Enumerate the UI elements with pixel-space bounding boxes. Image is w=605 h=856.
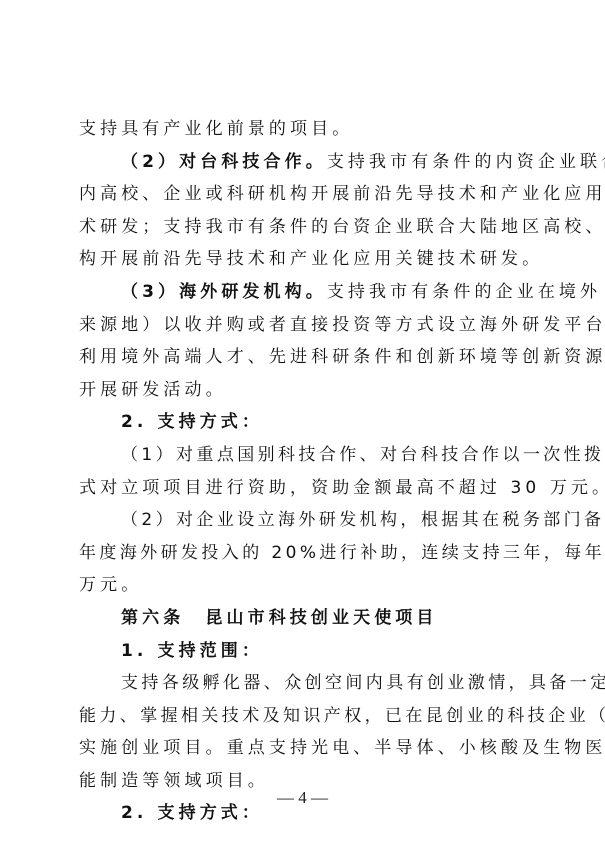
body-text: 支持我市有条件的内资企业联合台湾岛 [327, 152, 605, 172]
paragraph-line: 式对立项项目进行资助，资助金额最高不超过 30 万元。 [79, 472, 528, 505]
paragraph-line: 万元。 [79, 569, 528, 602]
body-text: 支持各级孵化器、众创空间内具有创业激情，具备一定研发 [121, 673, 605, 693]
body-text: 开展研发活动。 [79, 380, 227, 400]
body-text: （2）对企业设立海外研发机构，根据其在税务部门备案的上 [121, 510, 605, 530]
paragraph-line: （1）对重点国别科技合作、对台科技合作以一次性拨款的方 [79, 439, 528, 472]
paragraph-line: （2）对企业设立海外研发机构，根据其在税务部门备案的上 [79, 504, 528, 537]
body-text: 实施创业项目。重点支持光电、半导体、小核酸及生物医药、智 [79, 738, 605, 758]
paragraph-line: 利用境外高端人才、先进科研条件和创新环境等创新资源在当地 [79, 341, 528, 374]
body-text: 来源地）以收并购或者直接投资等方式设立海外研发平台，直接 [79, 315, 605, 335]
paragraph-line: （3）海外研发机构。支持我市有条件的企业在境外（非资本 [79, 276, 528, 309]
paragraph-line: 能力、掌握相关技术及知识产权，已在昆创业的科技企业（团队） [79, 700, 528, 733]
body-text: 能力、掌握相关技术及知识产权，已在昆创业的科技企业（团队） [79, 706, 605, 726]
body-text: 支持我市有条件的企业在境外（非资本 [327, 282, 605, 302]
paragraph-line: （2）对台科技合作。支持我市有条件的内资企业联合台湾岛 [79, 146, 528, 179]
paragraph-line: 开展研发活动。 [79, 374, 528, 407]
page-number: — 4 — [0, 788, 605, 808]
body-text: 术研发；支持我市有条件的台资企业联合大陆地区高校、科研机 [79, 217, 605, 237]
body-text: （1）对重点国别科技合作、对台科技合作以一次性拨款的方 [121, 445, 605, 465]
heading-text: 1. 支持范围： [121, 641, 263, 661]
body-text: 利用境外高端人才、先进科研条件和创新环境等创新资源在当地 [79, 347, 605, 367]
document-body: 支持具有产业化前景的项目。 （2）对台科技合作。支持我市有条件的内资企业联合台湾… [79, 113, 528, 830]
section-heading: 2. 支持方式： [79, 406, 528, 439]
paragraph-line: 实施创业项目。重点支持光电、半导体、小核酸及生物医药、智 [79, 732, 528, 765]
paragraph-line: 支持各级孵化器、众创空间内具有创业激情，具备一定研发 [79, 667, 528, 700]
heading-text: 2. 支持方式： [121, 412, 263, 432]
body-text: 构开展前沿先导技术和产业化应用关键技术研发。 [79, 249, 543, 269]
heading-text: 第六条 昆山市科技创业天使项目 [121, 608, 438, 628]
body-text: 年度海外研发投入的 20%进行补助，连续支持三年，每年最高 100 [79, 543, 605, 563]
paragraph-line: 构开展前沿先导技术和产业化应用关键技术研发。 [79, 243, 528, 276]
paragraph-line: 来源地）以收并购或者直接投资等方式设立海外研发平台，直接 [79, 309, 528, 342]
subsection-title: （3）海外研发机构。 [121, 282, 327, 302]
body-text: 式对立项项目进行资助，资助金额最高不超过 30 万元。 [79, 478, 605, 498]
body-text: 支持具有产业化前景的项目。 [79, 119, 353, 139]
subsection-title: （2）对台科技合作。 [121, 152, 327, 172]
paragraph-line: 支持具有产业化前景的项目。 [79, 113, 528, 146]
paragraph-line: 内高校、企业或科研机构开展前沿先导技术和产业化应用关键技 [79, 178, 528, 211]
body-text: 万元。 [79, 575, 142, 595]
paragraph-line: 术研发；支持我市有条件的台资企业联合大陆地区高校、科研机 [79, 211, 528, 244]
paragraph-line: 年度海外研发投入的 20%进行补助，连续支持三年，每年最高 100 [79, 537, 528, 570]
document-page: 支持具有产业化前景的项目。 （2）对台科技合作。支持我市有条件的内资企业联合台湾… [0, 0, 605, 856]
section-heading: 1. 支持范围： [79, 635, 528, 668]
article-heading: 第六条 昆山市科技创业天使项目 [79, 602, 528, 635]
body-text: 内高校、企业或科研机构开展前沿先导技术和产业化应用关键技 [79, 184, 605, 204]
